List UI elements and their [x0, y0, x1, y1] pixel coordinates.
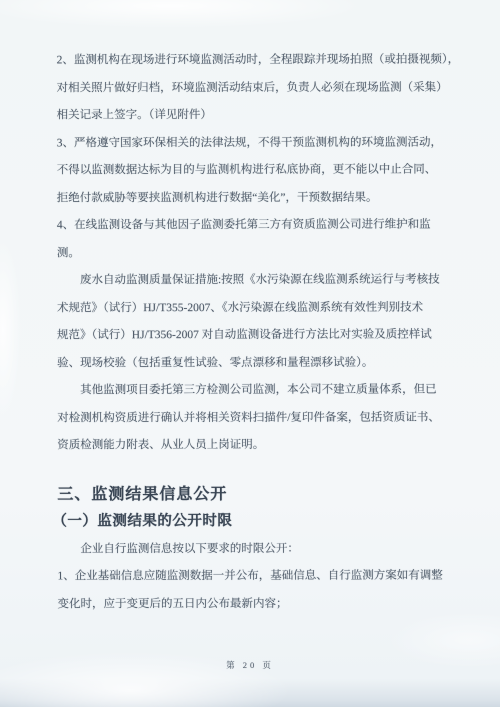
- section-heading: 三、监测结果信息公开: [57, 480, 472, 508]
- body-line: 3、严格遵守国家环保相关的法律法规，不得干预监测机构的环境监测活动，: [57, 129, 472, 157]
- body-line: 变化时，应于变更后的五日内公布最新内容；: [57, 590, 472, 618]
- body-line: 1、企业基础信息应随监测数据一并公布，基础信息、自行监测方案如有调整: [57, 563, 472, 591]
- body-line: 资质检测能力附表、从业人员上岗证明。: [57, 432, 472, 460]
- document-content: 2、监测机构在现场进行环境监测活动时，全程跟踪并现场拍照（或拍摄视频）， 对相关…: [0, 0, 500, 618]
- body-line: 企业自行监测信息按以下要求的时限公开：: [57, 535, 472, 563]
- section-gap: [57, 459, 472, 481]
- page-footer: 第 20 页: [0, 659, 500, 671]
- page-number: 第 20 页: [226, 660, 274, 670]
- body-line: 对检测机构资质进行确认并将相关资料扫描件/复印件备案，包括资质证书、: [57, 404, 472, 432]
- body-line: 不得以监测数据达标为目的与监测机构进行私底协商，更不能以中止合同、: [57, 157, 472, 185]
- body-line: 规范》（试行）HJ/T356-2007 对自动监测设备进行方法比对实验及质控样试: [57, 322, 472, 350]
- body-line: 测。: [57, 239, 472, 267]
- body-line: 2、监测机构在现场进行环境监测活动时，全程跟踪并现场拍照（或拍摄视频），: [57, 47, 472, 75]
- body-line: 验、现场校验（包括重复性试验、零点漂移和量程漂移试验）。: [57, 349, 472, 377]
- body-line: 相关记录上签字。（详见附件）: [57, 102, 472, 130]
- body-line: 术规范》（试行）HJ/T355-2007、《水污染源在线监测系统有效性判别技术: [57, 294, 472, 322]
- document-page: 2、监测机构在现场进行环境监测活动时，全程跟踪并现场拍照（或拍摄视频）， 对相关…: [0, 0, 500, 707]
- body-line: 其他监测项目委托第三方检测公司监测，本公司不建立质量体系，但已: [57, 377, 472, 405]
- body-line: 废水自动监测质量保证措施:按照《水污染源在线监测系统运行与考核技: [57, 267, 472, 295]
- body-line: 4、在线监测设备与其他因子监测委托第三方有资质监测公司进行维护和监: [57, 212, 472, 240]
- subsection-heading: （一）监测结果的公开时限: [52, 508, 472, 536]
- body-line: 对相关照片做好归档，环境监测活动结束后，负责人必须在现场监测（采集）: [57, 74, 472, 102]
- body-line: 拒绝付款威胁等要挟监测机构进行数据“美化”，干预数据结果。: [57, 184, 472, 212]
